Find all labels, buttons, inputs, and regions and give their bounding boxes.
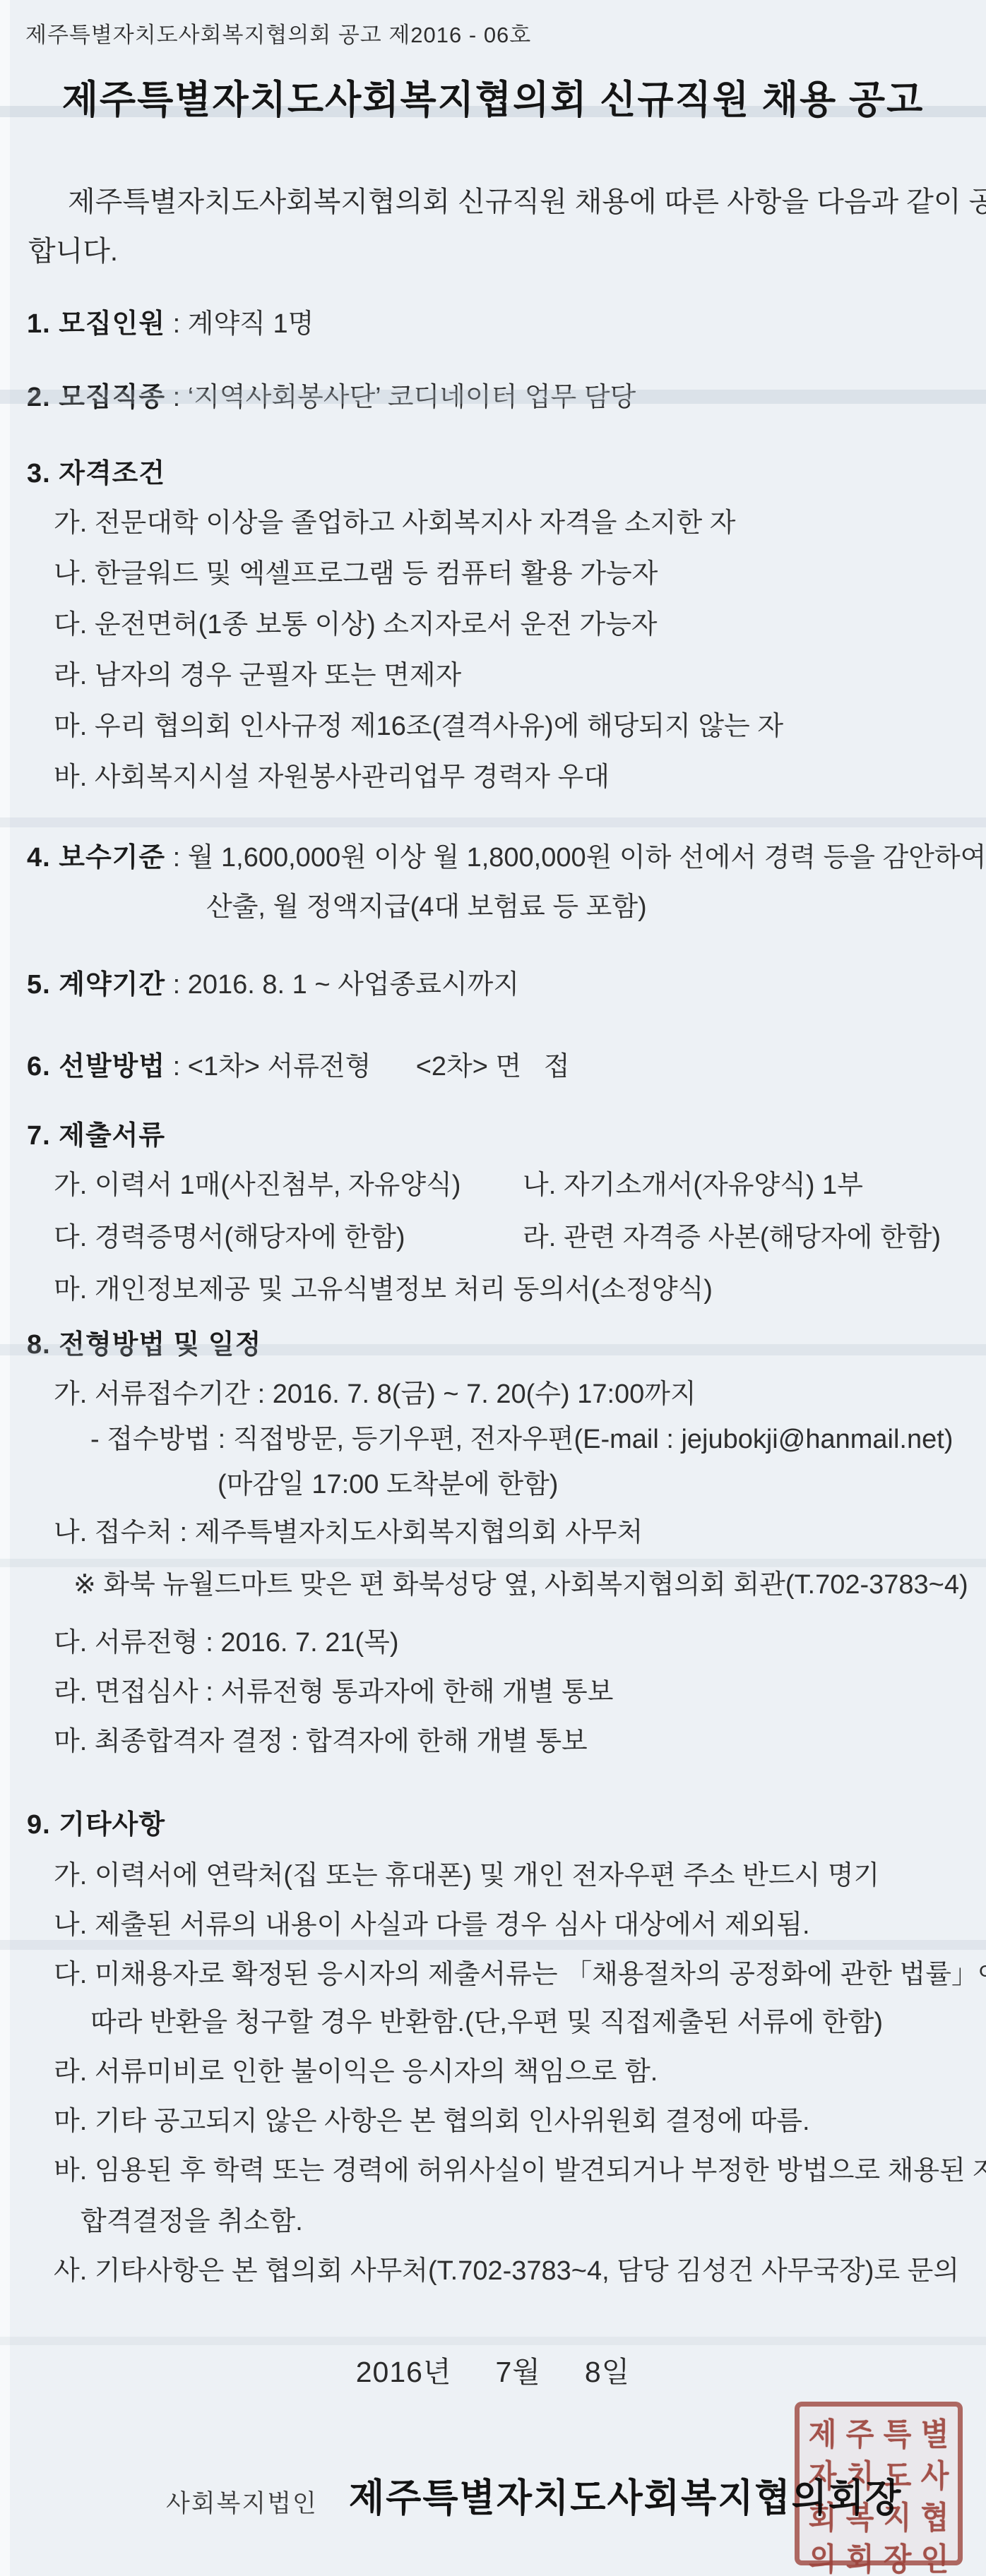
document-line: 마. 우리 협의회 인사규정 제16조(결격사유)에 해당되지 않는 자 (0, 709, 986, 743)
seal-character: 도 (879, 2451, 916, 2496)
seal-character: 회 (804, 2493, 841, 2538)
official-seal: 제주특별자치도사회복지협의회장인 (795, 2402, 963, 2565)
document-line: 합격결정을 취소함. (0, 2205, 986, 2239)
document-line: 9. 기타사항 (0, 1808, 986, 1842)
line-text: 가. 이력서에 연락처(집 또는 휴대폰) 및 개인 전자우편 주소 반드시 명… (54, 1861, 879, 1891)
document-line: 라. 면접심사 : 서류전형 통과자에 한해 개별 통보 (0, 1675, 986, 1709)
seal-character: 주 (841, 2409, 879, 2455)
seal-character: 제 (804, 2409, 841, 2455)
document-line: 나. 접수처 : 제주특별자치도사회복지협의회 사무처 (0, 1516, 986, 1550)
issue-date: 2016년 7월 8일 (0, 2349, 986, 2390)
line-text: ※ 화북 뉴월드마트 맞은 편 화북성당 옆, 사회복지협의회 회관(T.702… (73, 1570, 968, 1600)
announcement-number: 제주특별자치도사회복지협의회 공고 제2016 - 06호 (25, 17, 986, 49)
line-text: : 2016. 8. 1 ~ 사업종료시까지 (165, 970, 519, 1000)
section-label: 6. 선발방법 (27, 1052, 165, 1082)
line-text: 바. 임용된 후 학력 또는 경력에 허위사실이 발견되거나 부정한 방법으로 … (54, 2156, 986, 2186)
document-line: 다. 운전면허(1종 보통 이상) 소지자로서 운전 가능자 (0, 608, 986, 642)
line-text-col2: 나. 자기소개서(자유양식) 1부 (523, 1170, 863, 1200)
seal-character: 지 (879, 2493, 916, 2538)
document-line: 마. 최종합격자 결정 : 합격자에 한해 개별 통보 (0, 1725, 986, 1759)
line-text: 사. 기타사항은 본 협의회 사무처(T.702-3783~4, 담당 김성건 … (54, 2256, 959, 2286)
line-text: 다. 미채용자로 확정된 응시자의 제출서류는 「채용절차의 공정화에 관한 법… (54, 1960, 986, 1989)
seal-character: 치 (841, 2451, 879, 2496)
line-text: 바. 사회복지시설 자원봉사관리업무 경력자 우대 (54, 762, 610, 792)
document-line: 가. 서류접수기간 : 2016. 7. 8(금) ~ 7. 20(수) 17:… (0, 1377, 986, 1411)
document-line: 5. 계약기간 : 2016. 8. 1 ~ 사업종료시까지 (0, 968, 986, 1002)
document-line: 가. 전문대학 이상을 졸업하고 사회복지사 자격을 소지한 자 (0, 506, 986, 540)
line-text: 다. 서류전형 : 2016. 7. 21(목) (54, 1628, 399, 1658)
intro-line-2: 합니다. (28, 227, 958, 276)
document-line: 6. 선발방법 : <1차> 서류전형 <2차> 면 접 (0, 1050, 986, 1084)
document-line: 따라 반환을 청구할 경우 반환함.(단,우편 및 직접제출된 서류에 한함) (0, 2006, 986, 2039)
document-line: 가. 이력서에 연락처(집 또는 휴대폰) 및 개인 전자우편 주소 반드시 명… (0, 1859, 986, 1893)
document-line: 나. 제출된 서류의 내용이 사실과 다를 경우 심사 대상에서 제외됨. (0, 1908, 986, 1942)
section-label: 8. 전형방법 및 일정 (27, 1330, 261, 1360)
document-line: - 접수방법 : 직접방문, 등기우편, 전자우편(E-mail : jejub… (0, 1422, 986, 1456)
seal-character: 특 (879, 2409, 916, 2455)
line-text: 가. 이력서 1매(사진첨부, 자유양식) (54, 1168, 523, 1202)
line-text: : 월 1,600,000원 이상 월 1,800,000원 이하 선에서 경력… (165, 843, 986, 873)
section-label: 4. 보수기준 (27, 843, 165, 873)
line-text-col2: 라. 관련 자격증 사본(해당자에 한함) (523, 1223, 941, 1252)
line-text: 마. 개인정보제공 및 고유식별정보 처리 동의서(소정양식) (54, 1275, 713, 1305)
document-line: 마. 기타 공고되지 않은 사항은 본 협의회 인사위원회 결정에 따름. (0, 2104, 986, 2138)
document-line: 사. 기타사항은 본 협의회 사무처(T.702-3783~4, 담당 김성건 … (0, 2254, 986, 2288)
document-line: 다. 서류전형 : 2016. 7. 21(목) (0, 1626, 986, 1660)
section-label: 5. 계약기간 (27, 970, 165, 1000)
document-line: 다. 경력증명서(해당자에 한함)라. 관련 자격증 사본(해당자에 한함) (0, 1221, 986, 1254)
document-line: ※ 화북 뉴월드마트 맞은 편 화북성당 옆, 사회복지협의회 회관(T.702… (0, 1568, 986, 1602)
scan-artifact-band (0, 2337, 986, 2345)
document-line: 가. 이력서 1매(사진첨부, 자유양식)나. 자기소개서(자유양식) 1부 (0, 1168, 986, 1202)
line-text: 마. 우리 협의회 인사규정 제16조(결격사유)에 해당되지 않는 자 (54, 712, 783, 741)
seal-character: 사 (916, 2451, 954, 2496)
document-line: 나. 한글워드 및 엑셀프로그램 등 컴퓨터 활용 가능자 (0, 557, 986, 591)
seal-character: 자 (804, 2451, 841, 2496)
line-text: : <1차> 서류전형 <2차> 면 접 (165, 1052, 570, 1082)
line-text: 마. 최종합격자 결정 : 합격자에 한해 개별 통보 (54, 1727, 588, 1756)
document-line: 8. 전형방법 및 일정 (0, 1328, 986, 1362)
document-line: 라. 서류미비로 인한 불이익은 응시자의 책임으로 함. (0, 2055, 986, 2089)
line-text: : 계약직 1명 (165, 309, 314, 339)
line-text: 나. 제출된 서류의 내용이 사실과 다를 경우 심사 대상에서 제외됨. (54, 1910, 810, 1940)
section-label: 7. 제출서류 (27, 1121, 165, 1151)
seal-character: 장 (879, 2534, 916, 2576)
section-label: 2. 모집직종 (27, 383, 165, 412)
issuer-prefix: 사회복지법인 (166, 2484, 318, 2520)
document-line: 바. 임용된 후 학력 또는 경력에 허위사실이 발견되거나 부정한 방법으로 … (0, 2154, 986, 2188)
section-label: 9. 기타사항 (27, 1810, 165, 1840)
intro-line-1: 제주특별자치도사회복지협의회 신규직원 채용에 따른 사항을 다음과 같이 공고 (28, 177, 958, 227)
line-text: - 접수방법 : 직접방문, 등기우편, 전자우편(E-mail : jejub… (90, 1425, 953, 1454)
document-line: 2. 모집직종 : ‘지역사회봉사단’ 코디네이터 업무 담당 (0, 381, 986, 414)
section-label: 1. 모집인원 (27, 309, 165, 339)
document-line: 4. 보수기준 : 월 1,600,000원 이상 월 1,800,000원 이… (0, 841, 986, 875)
seal-character: 협 (916, 2493, 954, 2538)
line-text: 다. 경력증명서(해당자에 한함) (54, 1221, 523, 1254)
line-text: (마감일 17:00 도착분에 한함) (218, 1470, 558, 1499)
line-text: 합격결정을 취소함. (81, 2207, 303, 2236)
document-line: 바. 사회복지시설 자원봉사관리업무 경력자 우대 (0, 760, 986, 794)
document-line: 마. 개인정보제공 및 고유식별정보 처리 동의서(소정양식) (0, 1273, 986, 1307)
seal-character: 별 (916, 2409, 954, 2455)
line-text: 나. 한글워드 및 엑셀프로그램 등 컴퓨터 활용 가능자 (54, 559, 658, 589)
document-page: 제주특별자치도사회복지협의회 공고 제2016 - 06호 제주특별자치도사회복… (0, 0, 986, 2576)
seal-character: 회 (841, 2534, 879, 2576)
line-text: 가. 전문대학 이상을 졸업하고 사회복지사 자격을 소지한 자 (54, 508, 735, 538)
document-line: 다. 미채용자로 확정된 응시자의 제출서류는 「채용절차의 공정화에 관한 법… (0, 1958, 986, 1991)
document-body: 1. 모집인원 : 계약직 1명2. 모집직종 : ‘지역사회봉사단’ 코디네이… (0, 307, 986, 2288)
line-text: 나. 접수처 : 제주특별자치도사회복지협의회 사무처 (54, 1518, 643, 1547)
line-text: 라. 남자의 경우 군필자 또는 면제자 (54, 661, 461, 690)
seal-character: 복 (841, 2493, 879, 2538)
line-text: 산출, 월 정액지급(4대 보험료 등 포함) (206, 892, 647, 922)
seal-character: 의 (804, 2534, 841, 2576)
document-line: 1. 모집인원 : 계약직 1명 (0, 307, 986, 341)
line-text: : ‘지역사회봉사단’ 코디네이터 업무 담당 (165, 383, 636, 412)
scan-edge-strip (0, 0, 10, 2576)
line-text: 따라 반환을 청구할 경우 반환함.(단,우편 및 직접제출된 서류에 한함) (90, 2008, 883, 2037)
line-text: 다. 운전면허(1종 보통 이상) 소지자로서 운전 가능자 (54, 610, 658, 640)
line-text: 마. 기타 공고되지 않은 사항은 본 협의회 인사위원회 결정에 따름. (54, 2107, 810, 2136)
document-line: 3. 자격조건 (0, 457, 986, 491)
page-title: 제주특별자치도사회복지협의회 신규직원 채용 공고 (0, 68, 986, 124)
document-line: 7. 제출서류 (0, 1119, 986, 1153)
document-line: 라. 남자의 경우 군필자 또는 면제자 (0, 659, 986, 693)
line-text: 라. 서류미비로 인한 불이익은 응시자의 책임으로 함. (54, 2057, 658, 2087)
section-label: 3. 자격조건 (27, 459, 165, 489)
document-line: (마감일 17:00 도착분에 한함) (0, 1468, 986, 1502)
line-text: 라. 면접심사 : 서류전형 통과자에 한해 개별 통보 (54, 1677, 613, 1707)
document-line: 산출, 월 정액지급(4대 보험료 등 포함) (0, 890, 986, 924)
intro-paragraph: 제주특별자치도사회복지협의회 신규직원 채용에 따른 사항을 다음과 같이 공고… (28, 177, 958, 276)
seal-character: 인 (916, 2534, 954, 2576)
line-text: 가. 서류접수기간 : 2016. 7. 8(금) ~ 7. 20(수) 17:… (54, 1379, 696, 1409)
